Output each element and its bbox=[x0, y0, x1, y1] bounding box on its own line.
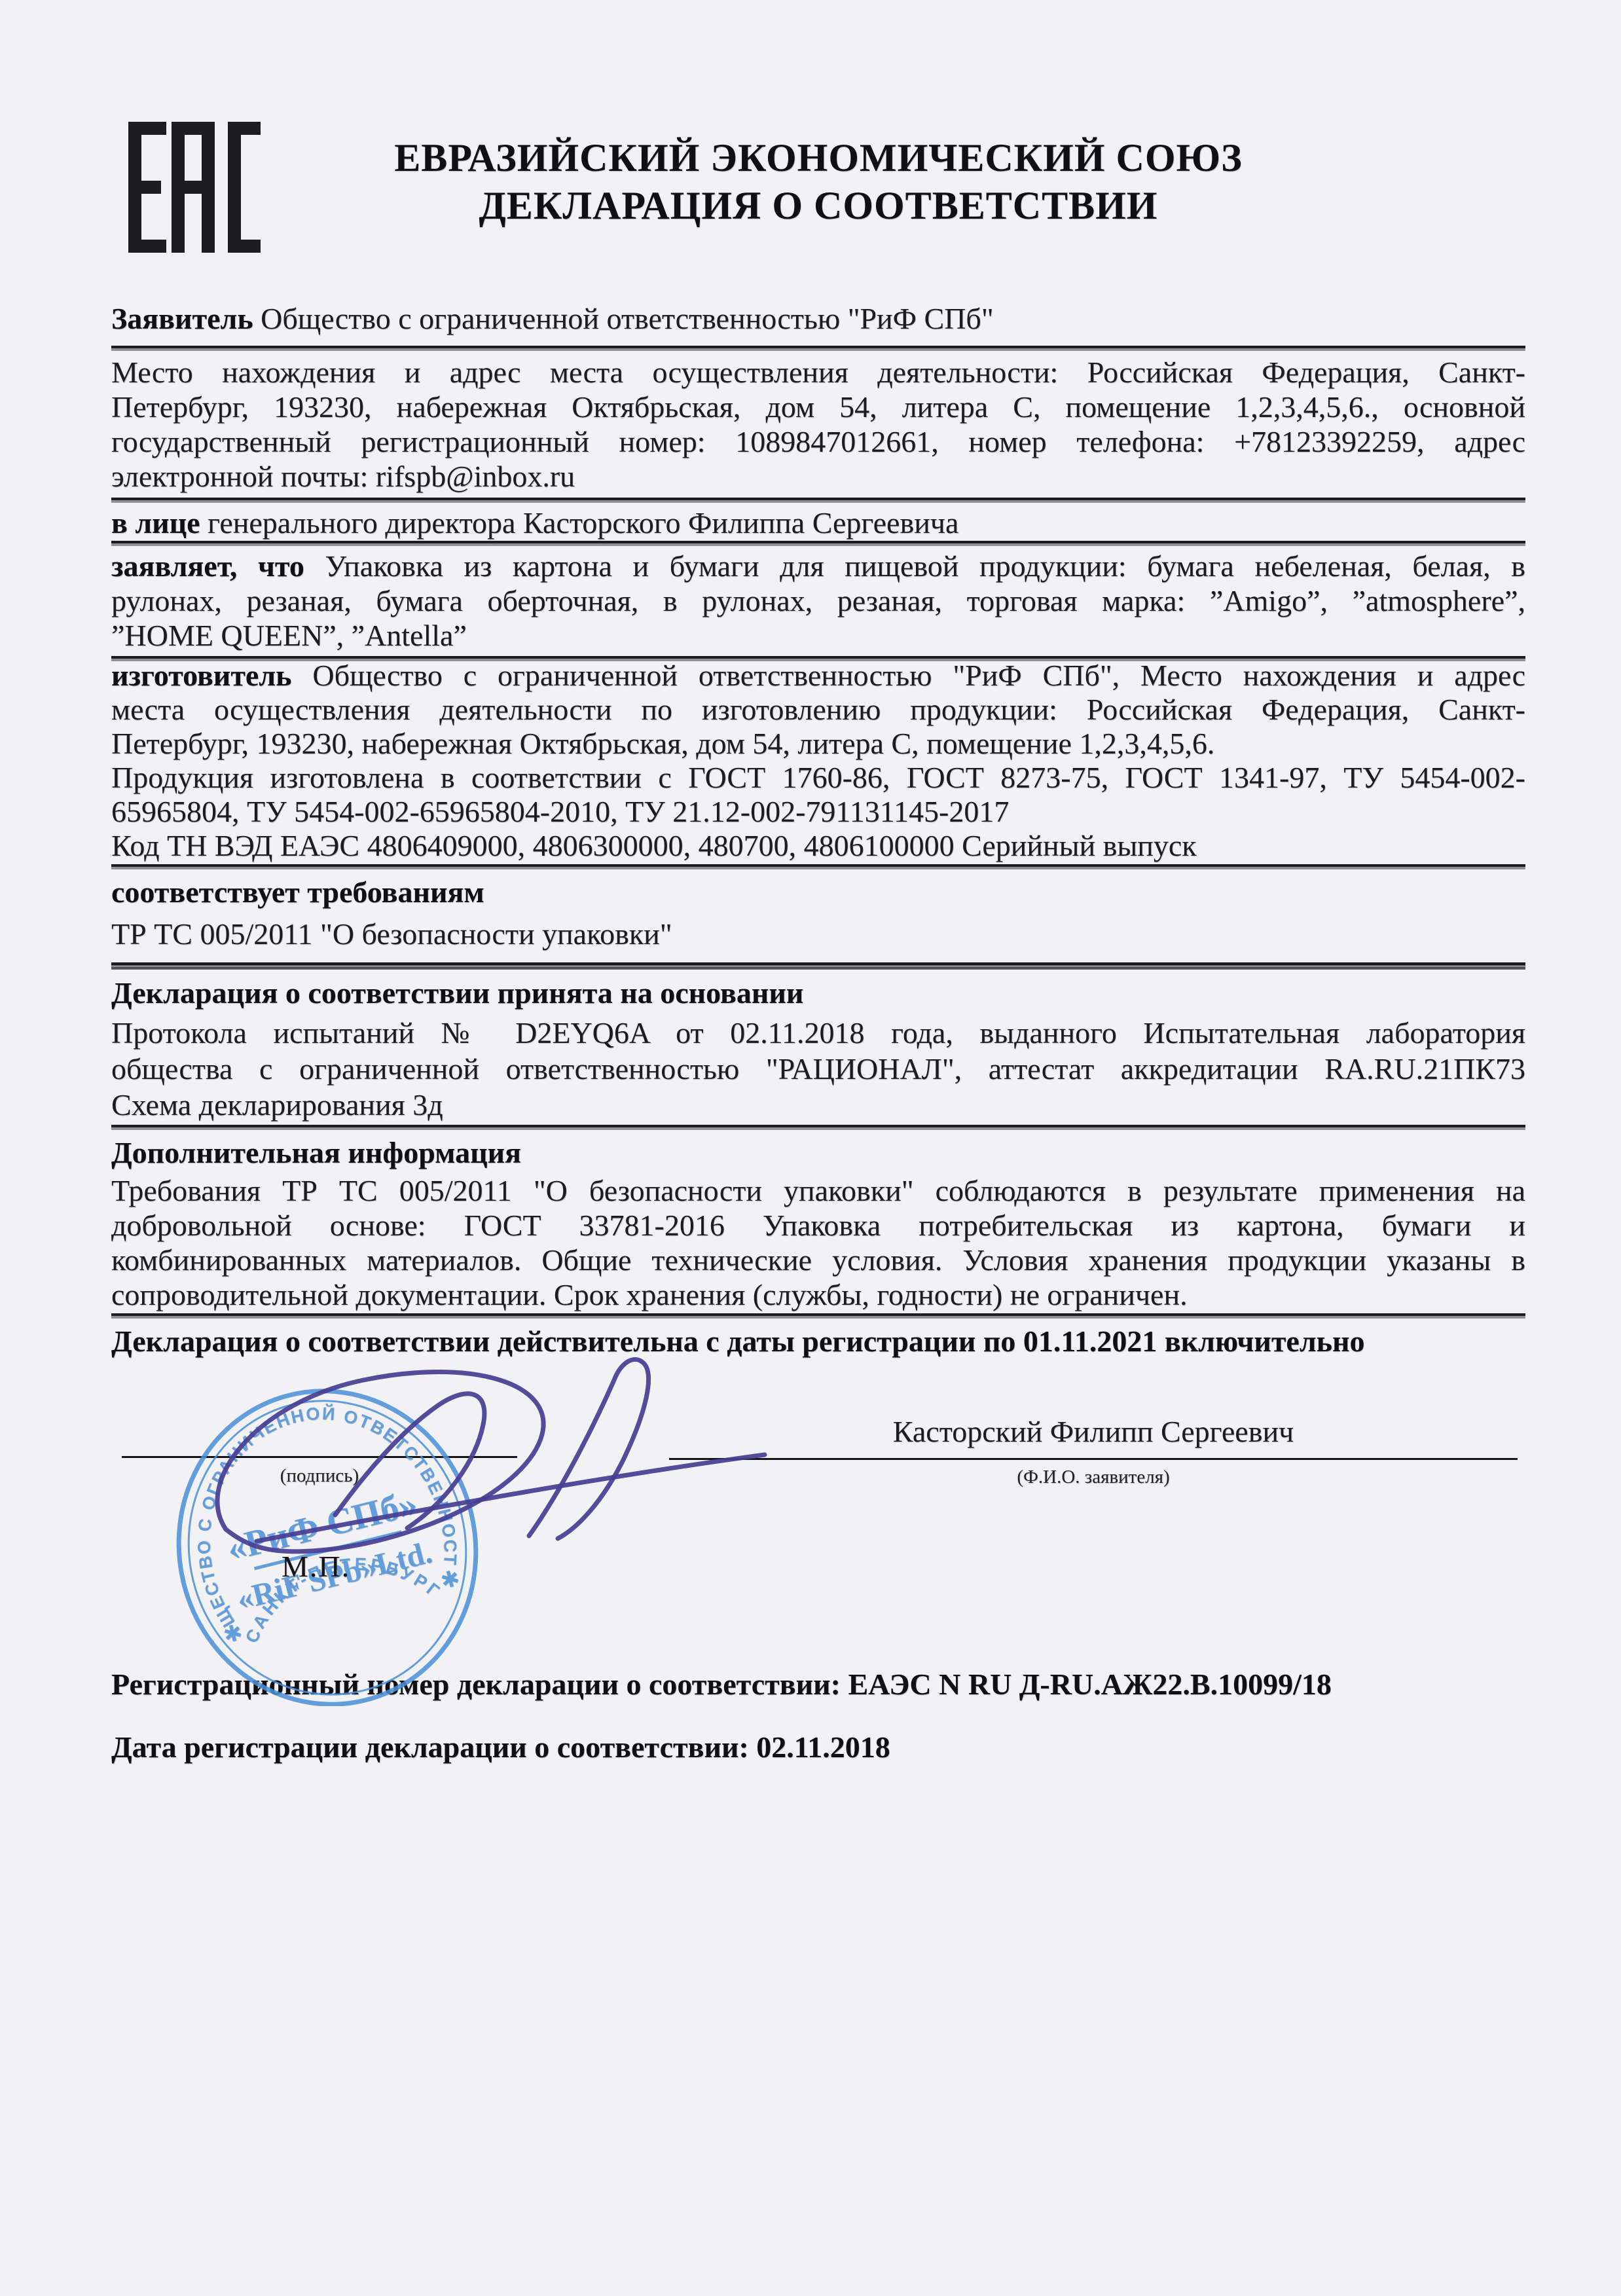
tnved-line: Код ТН ВЭД ЕАЭС 4806409000, 4806300000, … bbox=[111, 829, 1525, 863]
declares-first-rest: Упаковка из картона и бумаги для пищевой… bbox=[325, 549, 1525, 583]
text-line: Петербург, 193230, набережная Октябрьска… bbox=[111, 727, 1525, 761]
address-paragraph: Место нахождения и адрес места осуществл… bbox=[111, 355, 1525, 494]
represented-row: в лице генерального директора Касторског… bbox=[111, 505, 1525, 540]
title-line-declaration: ДЕКЛАРАЦИЯ О СООТВЕТСТВИИ bbox=[111, 182, 1525, 230]
manufacturer-first-rest: Общество с ограниченной ответственностью… bbox=[312, 659, 1525, 692]
text-line: Продукция изготовлена в соответствии с Г… bbox=[111, 761, 1525, 795]
signature-line-right bbox=[669, 1458, 1518, 1460]
text-line: государственный регистрационный номер: 1… bbox=[111, 424, 1525, 459]
represented-value: генерального директора Касторского Филип… bbox=[208, 506, 958, 539]
text-line: 65965804, ТУ 5454-002-65965804-2010, ТУ … bbox=[111, 795, 1525, 829]
additional-heading: Дополнительная информация bbox=[111, 1135, 1525, 1170]
handwritten-signature bbox=[164, 1333, 786, 1556]
text-line: комбинированных материалов. Общие технич… bbox=[111, 1243, 1525, 1277]
declares-first-line: заявляет, что Упаковка из картона и бума… bbox=[111, 549, 1525, 583]
text-line: электронной почты: rifspb@inbox.ru bbox=[111, 459, 1525, 494]
rule-3 bbox=[111, 541, 1525, 543]
rule-8 bbox=[111, 1313, 1525, 1316]
text-line: Протокола испытаний № D2EYQ6A от 02.11.2… bbox=[111, 1015, 1525, 1051]
text-line: общества с ограниченной ответственностью… bbox=[111, 1051, 1525, 1087]
basis-heading: Декларация о соответствии принята на осн… bbox=[111, 975, 1525, 1010]
manufacturer-block: изготовитель Общество с ограниченной отв… bbox=[111, 659, 1525, 863]
text-line: сопроводительной документации. Срок хран… bbox=[111, 1277, 1525, 1312]
production-standards: Продукция изготовлена в соответствии с Г… bbox=[111, 761, 1525, 829]
manufacturer-first-line: изготовитель Общество с ограниченной отв… bbox=[111, 659, 1525, 693]
mp-seal-mark: М.П. bbox=[282, 1549, 350, 1584]
signatory-name: Касторский Филипп Сергеевич bbox=[669, 1414, 1518, 1449]
registration-date-line: Дата регистрации декларации о соответств… bbox=[111, 1730, 1525, 1764]
text-line: рулонах, резаная, бумага оберточная, в р… bbox=[111, 583, 1525, 618]
manufacturer-label: изготовитель bbox=[111, 659, 291, 692]
text-line: Место нахождения и адрес места осуществл… bbox=[111, 355, 1525, 390]
applicant-value: Общество с ограниченной ответственностью… bbox=[261, 302, 993, 335]
signature-stroke-loop bbox=[217, 1372, 543, 1552]
signature-stroke-tail bbox=[257, 1455, 765, 1541]
declaration-document: ЕВРАЗИЙСКИЙ ЭКОНОМИЧЕСКИЙ СОЮЗ ДЕКЛАРАЦИ… bbox=[0, 0, 1621, 2296]
declares-rest-lines: рулонах, резаная, бумага оберточная, в р… bbox=[111, 583, 1525, 653]
rule-7 bbox=[111, 1125, 1525, 1127]
fio-caption: (Ф.И.О. заявителя) bbox=[669, 1467, 1518, 1488]
complies-value: ТР ТС 005/2011 "О безопасности упаковки" bbox=[111, 917, 1525, 951]
rule-1 bbox=[111, 346, 1525, 348]
applicant-label: Заявитель bbox=[111, 302, 253, 335]
rule-5 bbox=[111, 864, 1525, 867]
text-line: добровольной основе: ГОСТ 33781-2016 Упа… bbox=[111, 1208, 1525, 1243]
represented-label: в лице bbox=[111, 506, 200, 539]
complies-heading: соответствует требованиям bbox=[111, 875, 1525, 909]
declares-paragraph: заявляет, что Упаковка из картона и бума… bbox=[111, 549, 1525, 653]
text-line: места осуществления деятельности по изго… bbox=[111, 693, 1525, 727]
text-line: ”HOME QUEEN”, ”Antella” bbox=[111, 618, 1525, 653]
stamp-star-left: ✱ bbox=[221, 1619, 245, 1649]
applicant-row: Заявитель Общество с ограниченной ответс… bbox=[111, 301, 1525, 336]
rule-2 bbox=[111, 498, 1525, 500]
manufacturer-rest-lines: места осуществления деятельности по изго… bbox=[111, 693, 1525, 761]
rule-6 bbox=[111, 962, 1525, 966]
additional-paragraph: Требования ТР ТС 005/2011 "О безопасност… bbox=[111, 1173, 1525, 1312]
text-line: Схема декларирования 3д bbox=[111, 1087, 1525, 1123]
text-line: Петербург, 193230, набережная Октябрьска… bbox=[111, 390, 1525, 424]
document-title: ЕВРАЗИЙСКИЙ ЭКОНОМИЧЕСКИЙ СОЮЗ ДЕКЛАРАЦИ… bbox=[111, 134, 1525, 230]
signature-stroke-spike bbox=[529, 1359, 649, 1539]
title-line-union: ЕВРАЗИЙСКИЙ ЭКОНОМИЧЕСКИЙ СОЮЗ bbox=[111, 134, 1525, 182]
declares-label: заявляет, что bbox=[111, 549, 304, 583]
basis-paragraph: Протокола испытаний № D2EYQ6A от 02.11.2… bbox=[111, 1015, 1525, 1123]
text-line: Требования ТР ТС 005/2011 "О безопасност… bbox=[111, 1173, 1525, 1208]
